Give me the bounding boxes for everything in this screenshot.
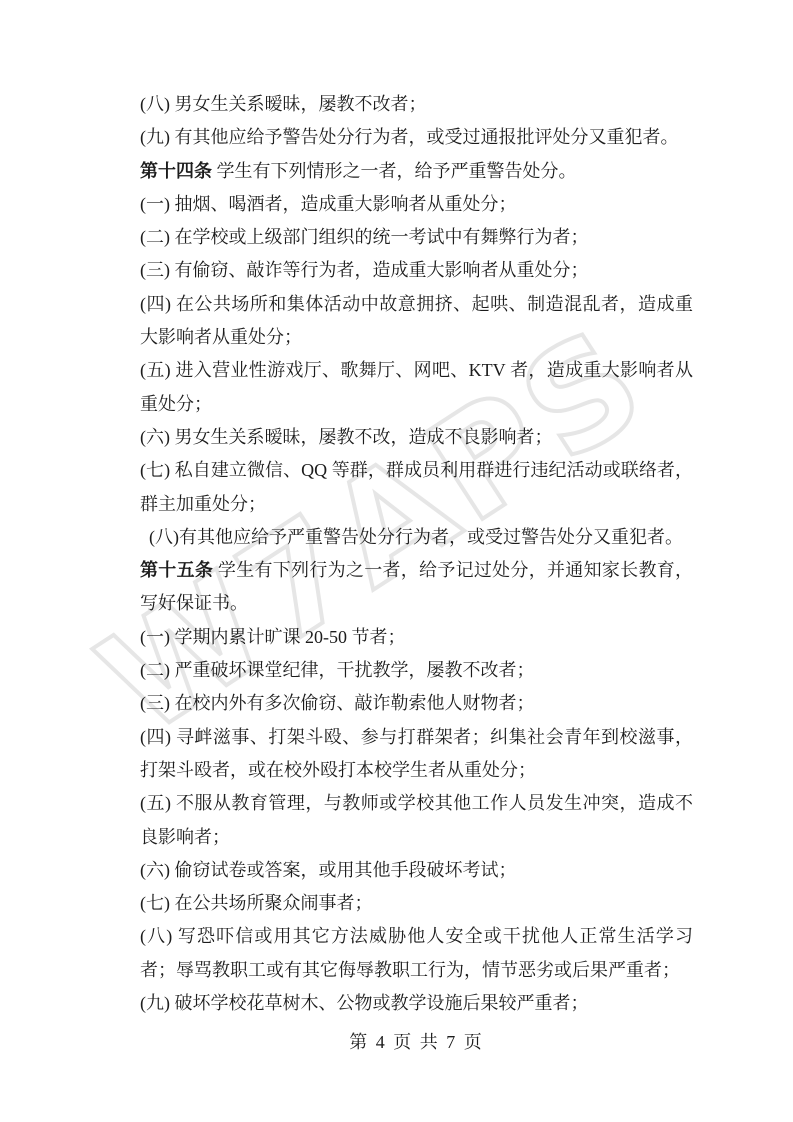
page-footer: 第 4 页 共 7 页	[140, 1026, 693, 1059]
list-item: (五) 不服从教育管理，与教师或学校其他工作人员发生冲突，造成不良影响者；	[140, 787, 693, 854]
list-item: (一) 抽烟、喝酒者，造成重大影响者从重处分；	[140, 188, 693, 221]
article-text: 学生有下列情形之一者，给予严重警告处分。	[212, 161, 577, 181]
list-item: (三) 有偷窃、敲诈等行为者，造成重大影响者从重处分；	[140, 254, 693, 287]
list-item: (二) 严重破坏课堂纪律，干扰教学，屡教不改者；	[140, 654, 693, 687]
list-item: (七) 私自建立微信、QQ 等群，群成员利用群进行违纪活动或联络者，群主加重处分…	[140, 454, 693, 521]
list-item: (一) 学期内累计旷课 20-50 节者；	[140, 621, 693, 654]
article-heading: 第十四条 学生有下列情形之一者，给予严重警告处分。	[140, 155, 693, 188]
list-item: (八) 写恐吓信或用其它方法威胁他人安全或干扰他人正常生活学习者；辱骂教职工或有…	[140, 920, 693, 987]
list-item: (七) 在公共场所聚众闹事者；	[140, 887, 693, 920]
list-item: (五) 进入营业性游戏厅、歌舞厅、网吧、KTV 者，造成重大影响者从重处分；	[140, 354, 693, 421]
list-item: (八) 男女生关系暧昧，屡教不改者；	[140, 88, 693, 121]
list-item: (四) 寻衅滋事、打架斗殴、参与打群架者；纠集社会青年到校滋事，打架斗殴者，或在…	[140, 721, 693, 788]
document-page: W7APS (八) 男女生关系暧昧，屡教不改者； (九) 有其他应给予警告处分行…	[0, 0, 793, 1122]
list-item: (二) 在学校或上级部门组织的统一考试中有舞弊行为者；	[140, 221, 693, 254]
list-item: (四) 在公共场所和集体活动中故意拥挤、起哄、制造混乱者，造成重大影响者从重处分…	[140, 288, 693, 355]
article-heading: 第十五条 学生有下列行为之一者，给予记过处分，并通知家长教育，写好保证书。	[140, 554, 693, 621]
article-number: 第十五条	[140, 560, 213, 580]
list-item: (八)有其他应给予严重警告处分行为者，或受过警告处分又重犯者。	[140, 521, 693, 554]
list-item: (九) 有其他应给予警告处分行为者，或受过通报批评处分又重犯者。	[140, 121, 693, 154]
list-item: (九) 破坏学校花草树木、公物或教学设施后果较严重者；	[140, 987, 693, 1020]
document-body: (八) 男女生关系暧昧，屡教不改者； (九) 有其他应给予警告处分行为者，或受过…	[140, 88, 693, 1020]
page-number: 第 4 页 共 7 页	[349, 1032, 484, 1052]
list-item: (三) 在校内外有多次偷窃、敲诈勒索他人财物者；	[140, 687, 693, 720]
list-item: (六) 男女生关系暧昧，屡教不改，造成不良影响者；	[140, 421, 693, 454]
list-item: (六) 偷窃试卷或答案，或用其他手段破坏考试；	[140, 854, 693, 887]
article-number: 第十四条	[140, 161, 212, 181]
article-text: 学生有下列行为之一者，给予记过处分，并通知家长教育，写好保证书。	[140, 560, 693, 613]
